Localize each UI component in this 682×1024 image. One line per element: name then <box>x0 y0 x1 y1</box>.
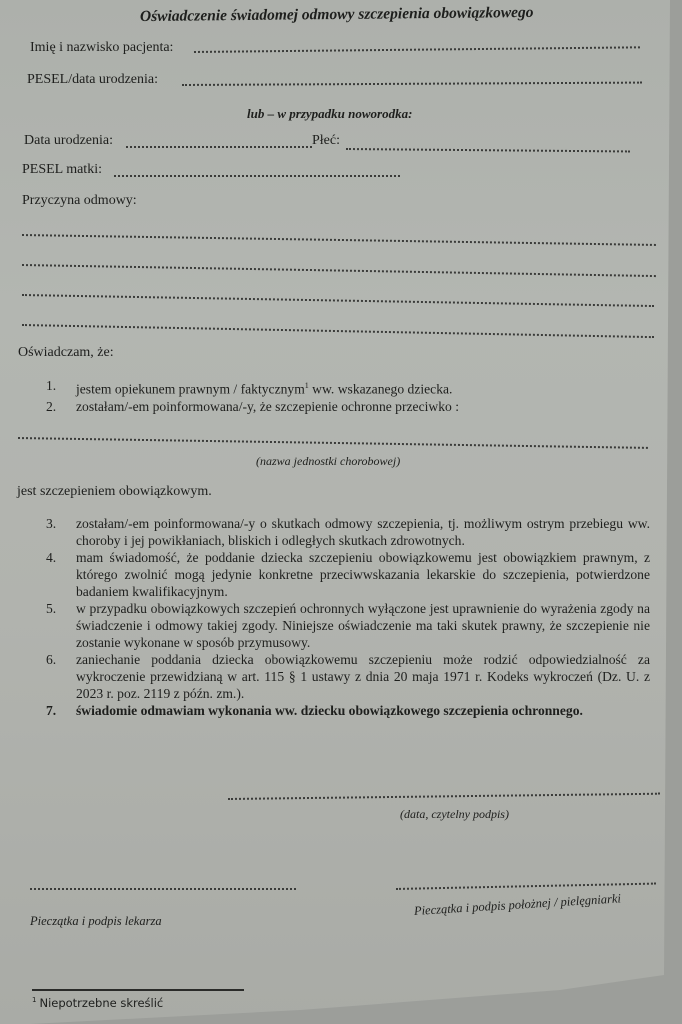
pesel-label: PESEL/data urodzenia: <box>27 72 158 88</box>
refusal-reason-line-3[interactable] <box>22 294 654 307</box>
nurse-stamp-caption: Pieczątka i podpis położnej / pielęgniar… <box>414 891 622 919</box>
item-3-text: zostałam/-em poinformowana/-y o skutkach… <box>76 516 650 548</box>
doctor-stamp-caption: Pieczątka i podpis lekarza <box>30 914 162 929</box>
declaration-items-first: 1. jestem opiekunem prawnym / faktycznym… <box>46 377 646 415</box>
declaration-item-4: 4.mam świadomość, że poddanie dziecka sz… <box>46 549 650 600</box>
refusal-reason-line-1[interactable] <box>22 234 656 246</box>
declaration-item-1: 1. jestem opiekunem prawnym / faktycznym… <box>46 377 646 398</box>
disease-name-field[interactable] <box>18 437 648 449</box>
declaration-item-6: 6.zaniechanie poddania dziecka obowiązko… <box>46 651 650 702</box>
declaration-item-3: 3.zostałam/-em poinformowana/-y o skutka… <box>46 515 650 549</box>
sex-label: Płeć: <box>312 133 340 149</box>
declaration-intro: Oświadczam, że: <box>18 345 114 361</box>
birth-date-field[interactable] <box>126 146 312 148</box>
newborn-heading: lub – w przypadku noworodka: <box>247 106 412 122</box>
refusal-reason-line-4[interactable] <box>22 324 654 338</box>
form-title: Oświadczenie świadomej odmowy szczepieni… <box>140 4 534 26</box>
item-4-text: mam świadomość, że poddanie dziecka szcz… <box>76 550 650 599</box>
refusal-reason-label: Przyczyna odmowy: <box>22 193 137 209</box>
nurse-signature-field[interactable] <box>396 883 656 890</box>
birth-date-label: Data urodzenia: <box>24 133 113 149</box>
declaration-item-2: 2. zostałam/-em poinformowana/-y, że szc… <box>46 398 646 415</box>
mother-pesel-label: PESEL matki: <box>22 162 102 178</box>
patient-name-field[interactable] <box>194 46 640 53</box>
parent-signature-field[interactable] <box>228 793 660 800</box>
item-1-text: jestem opiekunem prawnym / faktycznym <box>76 382 305 397</box>
disease-caption: (nazwa jednostki chorobowej) <box>256 454 400 469</box>
declaration-items-rest: 3.zostałam/-em poinformowana/-y o skutka… <box>46 515 650 719</box>
pesel-field[interactable] <box>182 82 642 86</box>
item-7-text: świadomie odmawiam wykonania ww. dziecku… <box>76 703 583 718</box>
declaration-item-5: 5.w przypadku obowiązkowych szczepień oc… <box>46 600 650 651</box>
form-paper: Oświadczenie świadomej odmowy szczepieni… <box>0 0 670 1024</box>
mother-pesel-field[interactable] <box>114 175 400 177</box>
mandatory-sentence: jest szczepieniem obowiązkowym. <box>17 484 212 500</box>
item-5-text: w przypadku obowiązkowych szczepień ochr… <box>76 601 650 650</box>
doctor-signature-field[interactable] <box>30 888 296 890</box>
item-2-text: zostałam/-em poinformowana/-y, że szczep… <box>76 399 459 414</box>
item-6-text: zaniechanie poddania dziecka obowiązkowe… <box>76 652 650 701</box>
signature-caption: (data, czytelny podpis) <box>400 807 509 822</box>
patient-name-label: Imię i nazwisko pacjenta: <box>30 40 173 56</box>
refusal-reason-line-2[interactable] <box>22 264 656 277</box>
footnote: 1Niepotrzebne skreślić <box>32 996 163 1010</box>
sex-field[interactable] <box>346 148 630 152</box>
declaration-item-7: 7.świadomie odmawiam wykonania ww. dziec… <box>46 702 650 719</box>
footnote-divider <box>32 989 244 991</box>
